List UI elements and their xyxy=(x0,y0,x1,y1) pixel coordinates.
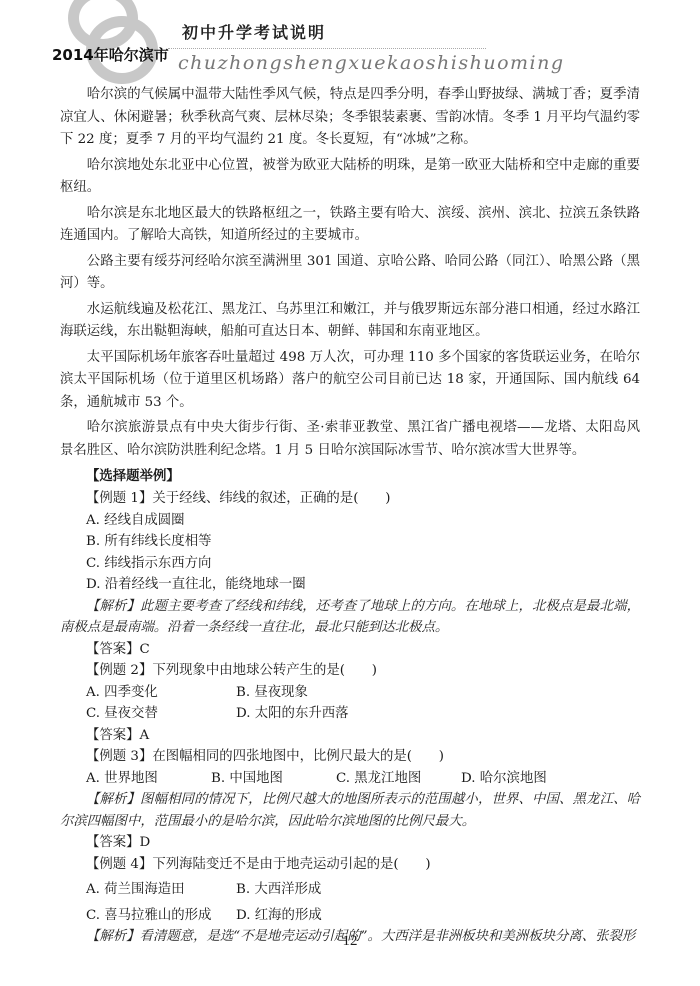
option-d: D. 沿着经线一直往北，能绕地球一圈 xyxy=(86,574,640,596)
option-d: D. 红海的形成 xyxy=(236,905,386,927)
header-pinyin: chuzhongshengxuekaoshishuoming xyxy=(178,52,565,74)
option-c: C. 黑龙江地图 xyxy=(336,768,461,790)
paragraph-airport: 太平国际机场年旅客吞吐量超过 498 万人次，可办理 110 多个国家的客货联运… xyxy=(60,347,640,415)
paragraph-highway: 公路主要有绥芬河经哈尔滨至满洲里 301 国道、京哈公路、哈同公路（同江）、哈黑… xyxy=(60,251,640,296)
option-c: C. 纬线指示东西方向 xyxy=(86,553,640,575)
options-row: A. 荷兰围海造田 B. 大西洋形成 xyxy=(86,879,640,901)
options-row: C. 昼夜交替 D. 太阳的东升西落 xyxy=(86,703,640,725)
example-1: 【例题 1】关于经线、纬线的叙述，正确的是( ) A. 经线自成圆圈 B. 所有… xyxy=(60,488,640,660)
paragraph-waterway: 水运航线遍及松花江、黑龙江、乌苏里江和嫩江，并与俄罗斯远东部分港口相通，经过水路… xyxy=(60,299,640,344)
example-answer: 【答案】C xyxy=(86,639,640,661)
paragraph-location: 哈尔滨地处东北亚中心位置，被誉为欧亚大陆桥的明珠，是第一欧亚大陆桥和空中走廊的重… xyxy=(60,155,640,200)
paragraph-railway: 哈尔滨是东北地区最大的铁路枢纽之一，铁路主要有哈大、滨绥、滨州、滨北、拉滨五条铁… xyxy=(60,203,640,248)
option-a: A. 荷兰围海造田 xyxy=(86,879,236,901)
option-b: B. 昼夜现象 xyxy=(236,682,386,704)
header-divider xyxy=(168,48,486,49)
option-a: A. 经线自成圆圈 xyxy=(86,510,640,532)
option-b: B. 大西洋形成 xyxy=(236,879,386,901)
example-analysis: 【解析】此题主要考查了经线和纬线，还考查了地球上的方向。在地球上，北极点是最北端… xyxy=(60,596,640,639)
example-2: 【例题 2】下列现象中由地球公转产生的是( ) A. 四季变化 B. 昼夜现象 … xyxy=(60,660,640,746)
example-question: 【例题 1】关于经线、纬线的叙述，正确的是( ) xyxy=(86,488,640,510)
example-question: 【例题 2】下列现象中由地球公转产生的是( ) xyxy=(86,660,640,682)
example-answer: 【答案】A xyxy=(86,725,640,747)
example-3: 【例题 3】在图幅相同的四张地图中，比例尺最大的是( ) A. 世界地图 B. … xyxy=(60,746,640,854)
page-number: 12 xyxy=(0,933,700,950)
options-row: A. 世界地图 B. 中国地图 C. 黑龙江地图 D. 哈尔滨地图 xyxy=(86,768,640,790)
page-body: 哈尔滨的气候属中温带大陆性季风气候，特点是四季分明，春季山野披绿、满城丁香；夏季… xyxy=(60,84,640,948)
example-analysis: 【解析】图幅相同的情况下，比例尺越大的地图所表示的范围越小，世界、中国、黑龙江、… xyxy=(60,789,640,832)
example-question: 【例题 3】在图幅相同的四张地图中，比例尺最大的是( ) xyxy=(86,746,640,768)
year-city-label: 2014年哈尔滨市 xyxy=(52,44,169,65)
option-d: D. 哈尔滨地图 xyxy=(461,768,586,790)
page-header: 2014年哈尔滨市 初中升学考试说明 chuzhongshengxuekaosh… xyxy=(0,0,700,80)
option-b: B. 所有纬线长度相等 xyxy=(86,531,640,553)
options-row: C. 喜马拉雅山的形成 D. 红海的形成 xyxy=(86,905,640,927)
option-a: A. 世界地图 xyxy=(86,768,211,790)
paragraph-tourism: 哈尔滨旅游景点有中央大街步行街、圣·索菲亚教堂、黑江省广播电视塔——龙塔、太阳岛… xyxy=(60,417,640,462)
example-question: 【例题 4】下列海陆变迁不是由于地壳运动引起的是( ) xyxy=(86,854,640,876)
option-c: C. 喜马拉雅山的形成 xyxy=(86,905,236,927)
example-answer: 【答案】D xyxy=(86,832,640,854)
paragraph-climate: 哈尔滨的气候属中温带大陆性季风气候，特点是四季分明，春季山野披绿、满城丁香；夏季… xyxy=(60,84,640,152)
section-title: 【选择题举例】 xyxy=(86,465,640,488)
option-d: D. 太阳的东升西落 xyxy=(236,703,386,725)
option-c: C. 昼夜交替 xyxy=(86,703,236,725)
header-title: 初中升学考试说明 xyxy=(182,20,326,43)
options-row: A. 四季变化 B. 昼夜现象 xyxy=(86,682,640,704)
option-a: A. 四季变化 xyxy=(86,682,236,704)
option-b: B. 中国地图 xyxy=(211,768,336,790)
